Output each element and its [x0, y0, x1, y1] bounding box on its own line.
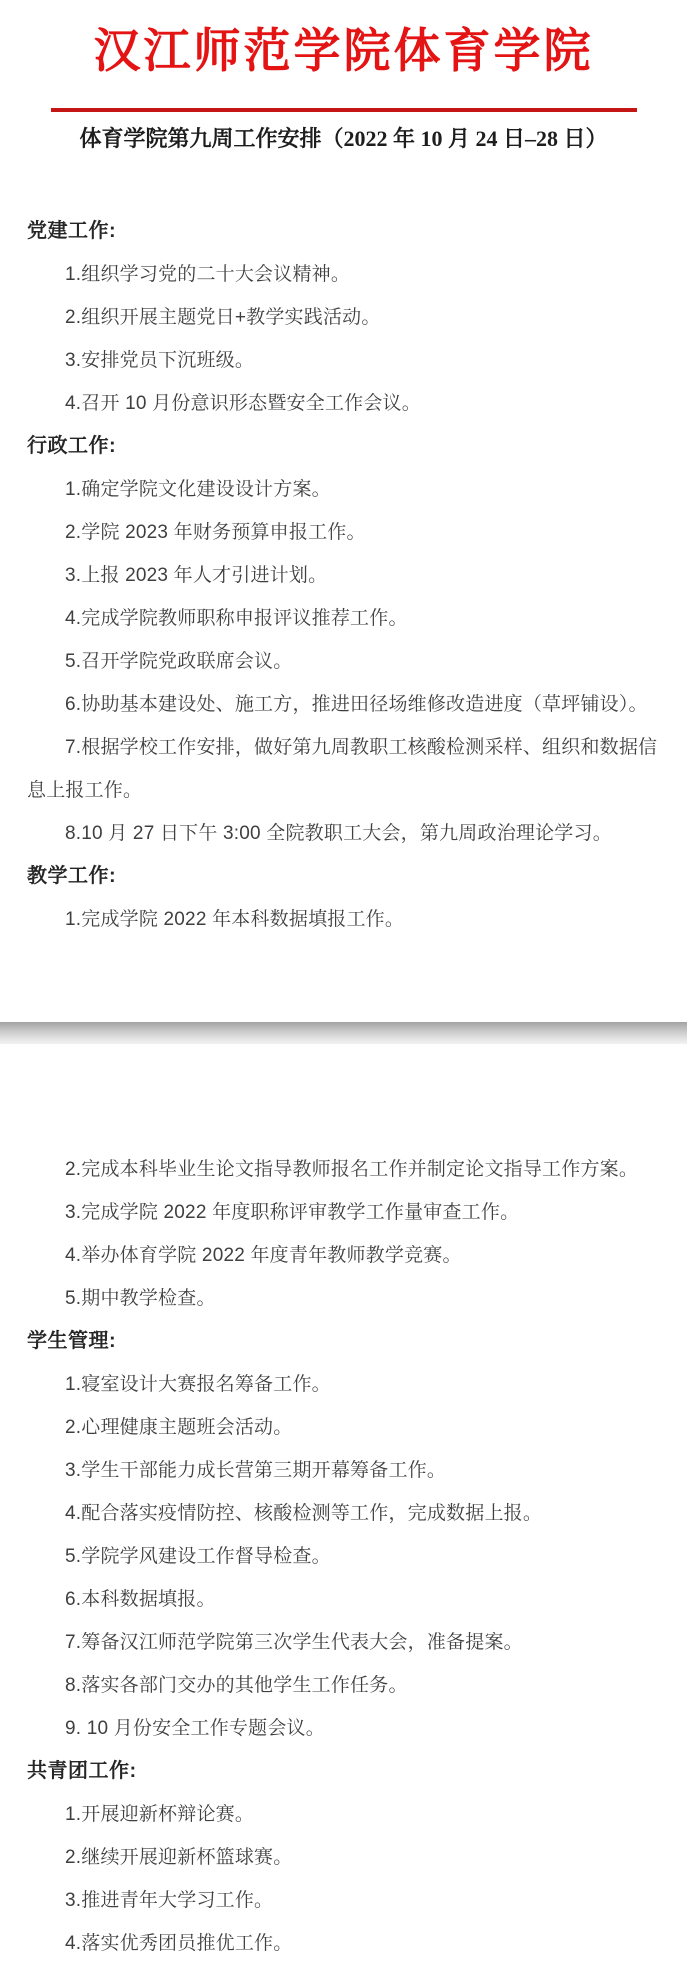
page-1-content: 党建工作:1.组织学习党的二十大会议精神。2.组织开展主题党日+教学实践活动。3…	[0, 210, 687, 941]
work-item: 7.筹备汉江师范学院第三次学生代表大会，准备提案。	[27, 1621, 662, 1664]
work-item: 3.推进青年大学习工作。	[27, 1879, 662, 1922]
work-item: 6.本科数据填报。	[27, 1578, 662, 1621]
work-item: 7.根据学校工作安排，做好第九周教职工核酸检测采样、组织和数据信息上报工作。	[27, 726, 662, 812]
work-item: 4.召开 10 月份意识形态暨安全工作会议。	[27, 382, 662, 425]
work-item: 3.学生干部能力成长营第三期开幕筹备工作。	[27, 1449, 662, 1492]
work-item: 5.召开学院党政联席会议。	[27, 640, 662, 683]
work-item: 1.开展迎新杯辩论赛。	[27, 1793, 662, 1836]
work-item: 1.组织学习党的二十大会议精神。	[27, 253, 662, 296]
work-item: 2.组织开展主题党日+教学实践活动。	[27, 296, 662, 339]
work-item: 8.落实各部门交办的其他学生工作任务。	[27, 1664, 662, 1707]
work-item: 3.上报 2023 年人才引进计划。	[27, 554, 662, 597]
work-item: 4.举办体育学院 2022 年度青年教师教学竞赛。	[27, 1234, 662, 1277]
document: 汉江师范学院体育学院 体育学院第九周工作安排（2022 年 10 月 24 日–…	[0, 0, 687, 1966]
work-item: 9. 10 月份安全工作专题会议。	[27, 1707, 662, 1750]
section-heading: 教学工作:	[27, 855, 662, 898]
work-item: 2.继续开展迎新杯篮球赛。	[27, 1836, 662, 1879]
page-2-content: 2.完成本科毕业生论文指导教师报名工作并制定论文指导工作方案。3.完成学院 20…	[0, 1148, 687, 1965]
work-item: 1.寝室设计大赛报名筹备工作。	[27, 1363, 662, 1406]
work-item: 6.协助基本建设处、施工方，推进田径场维修改造进度（草坪铺设）。	[27, 683, 662, 726]
work-item: 4.配合落实疫情防控、核酸检测等工作，完成数据上报。	[27, 1492, 662, 1535]
work-item: 8.10 月 27 日下午 3:00 全院教职工大会，第九周政治理论学习。	[27, 812, 662, 855]
section-heading: 行政工作:	[27, 425, 662, 468]
page-title: 汉江师范学院体育学院	[0, 22, 687, 83]
work-item: 2.完成本科毕业生论文指导教师报名工作并制定论文指导工作方案。	[27, 1148, 662, 1191]
title-divider-line	[51, 108, 637, 112]
work-item: 1.完成学院 2022 年本科数据填报工作。	[27, 898, 662, 941]
section-heading: 共青团工作:	[27, 1750, 662, 1793]
section-heading: 学生管理:	[27, 1320, 662, 1363]
work-item: 2.心理健康主题班会活动。	[27, 1406, 662, 1449]
page-subtitle: 体育学院第九周工作安排（2022 年 10 月 24 日–28 日）	[0, 124, 687, 154]
work-item: 1.确定学院文化建设设计方案。	[27, 468, 662, 511]
document-page-1: 汉江师范学院体育学院 体育学院第九周工作安排（2022 年 10 月 24 日–…	[0, 0, 687, 1022]
work-item: 5.学院学风建设工作督导检查。	[27, 1535, 662, 1578]
document-page-2: 2.完成本科毕业生论文指导教师报名工作并制定论文指导工作方案。3.完成学院 20…	[0, 1044, 687, 1966]
page-break-divider	[0, 1022, 687, 1044]
work-item: 5.期中教学检查。	[27, 1277, 662, 1320]
work-item: 3.安排党员下沉班级。	[27, 339, 662, 382]
work-item: 4.落实优秀团员推优工作。	[27, 1922, 662, 1965]
section-heading: 党建工作:	[27, 210, 662, 253]
work-item: 2.学院 2023 年财务预算申报工作。	[27, 511, 662, 554]
work-item: 4.完成学院教师职称申报评议推荐工作。	[27, 597, 662, 640]
work-item: 3.完成学院 2022 年度职称评审教学工作量审查工作。	[27, 1191, 662, 1234]
